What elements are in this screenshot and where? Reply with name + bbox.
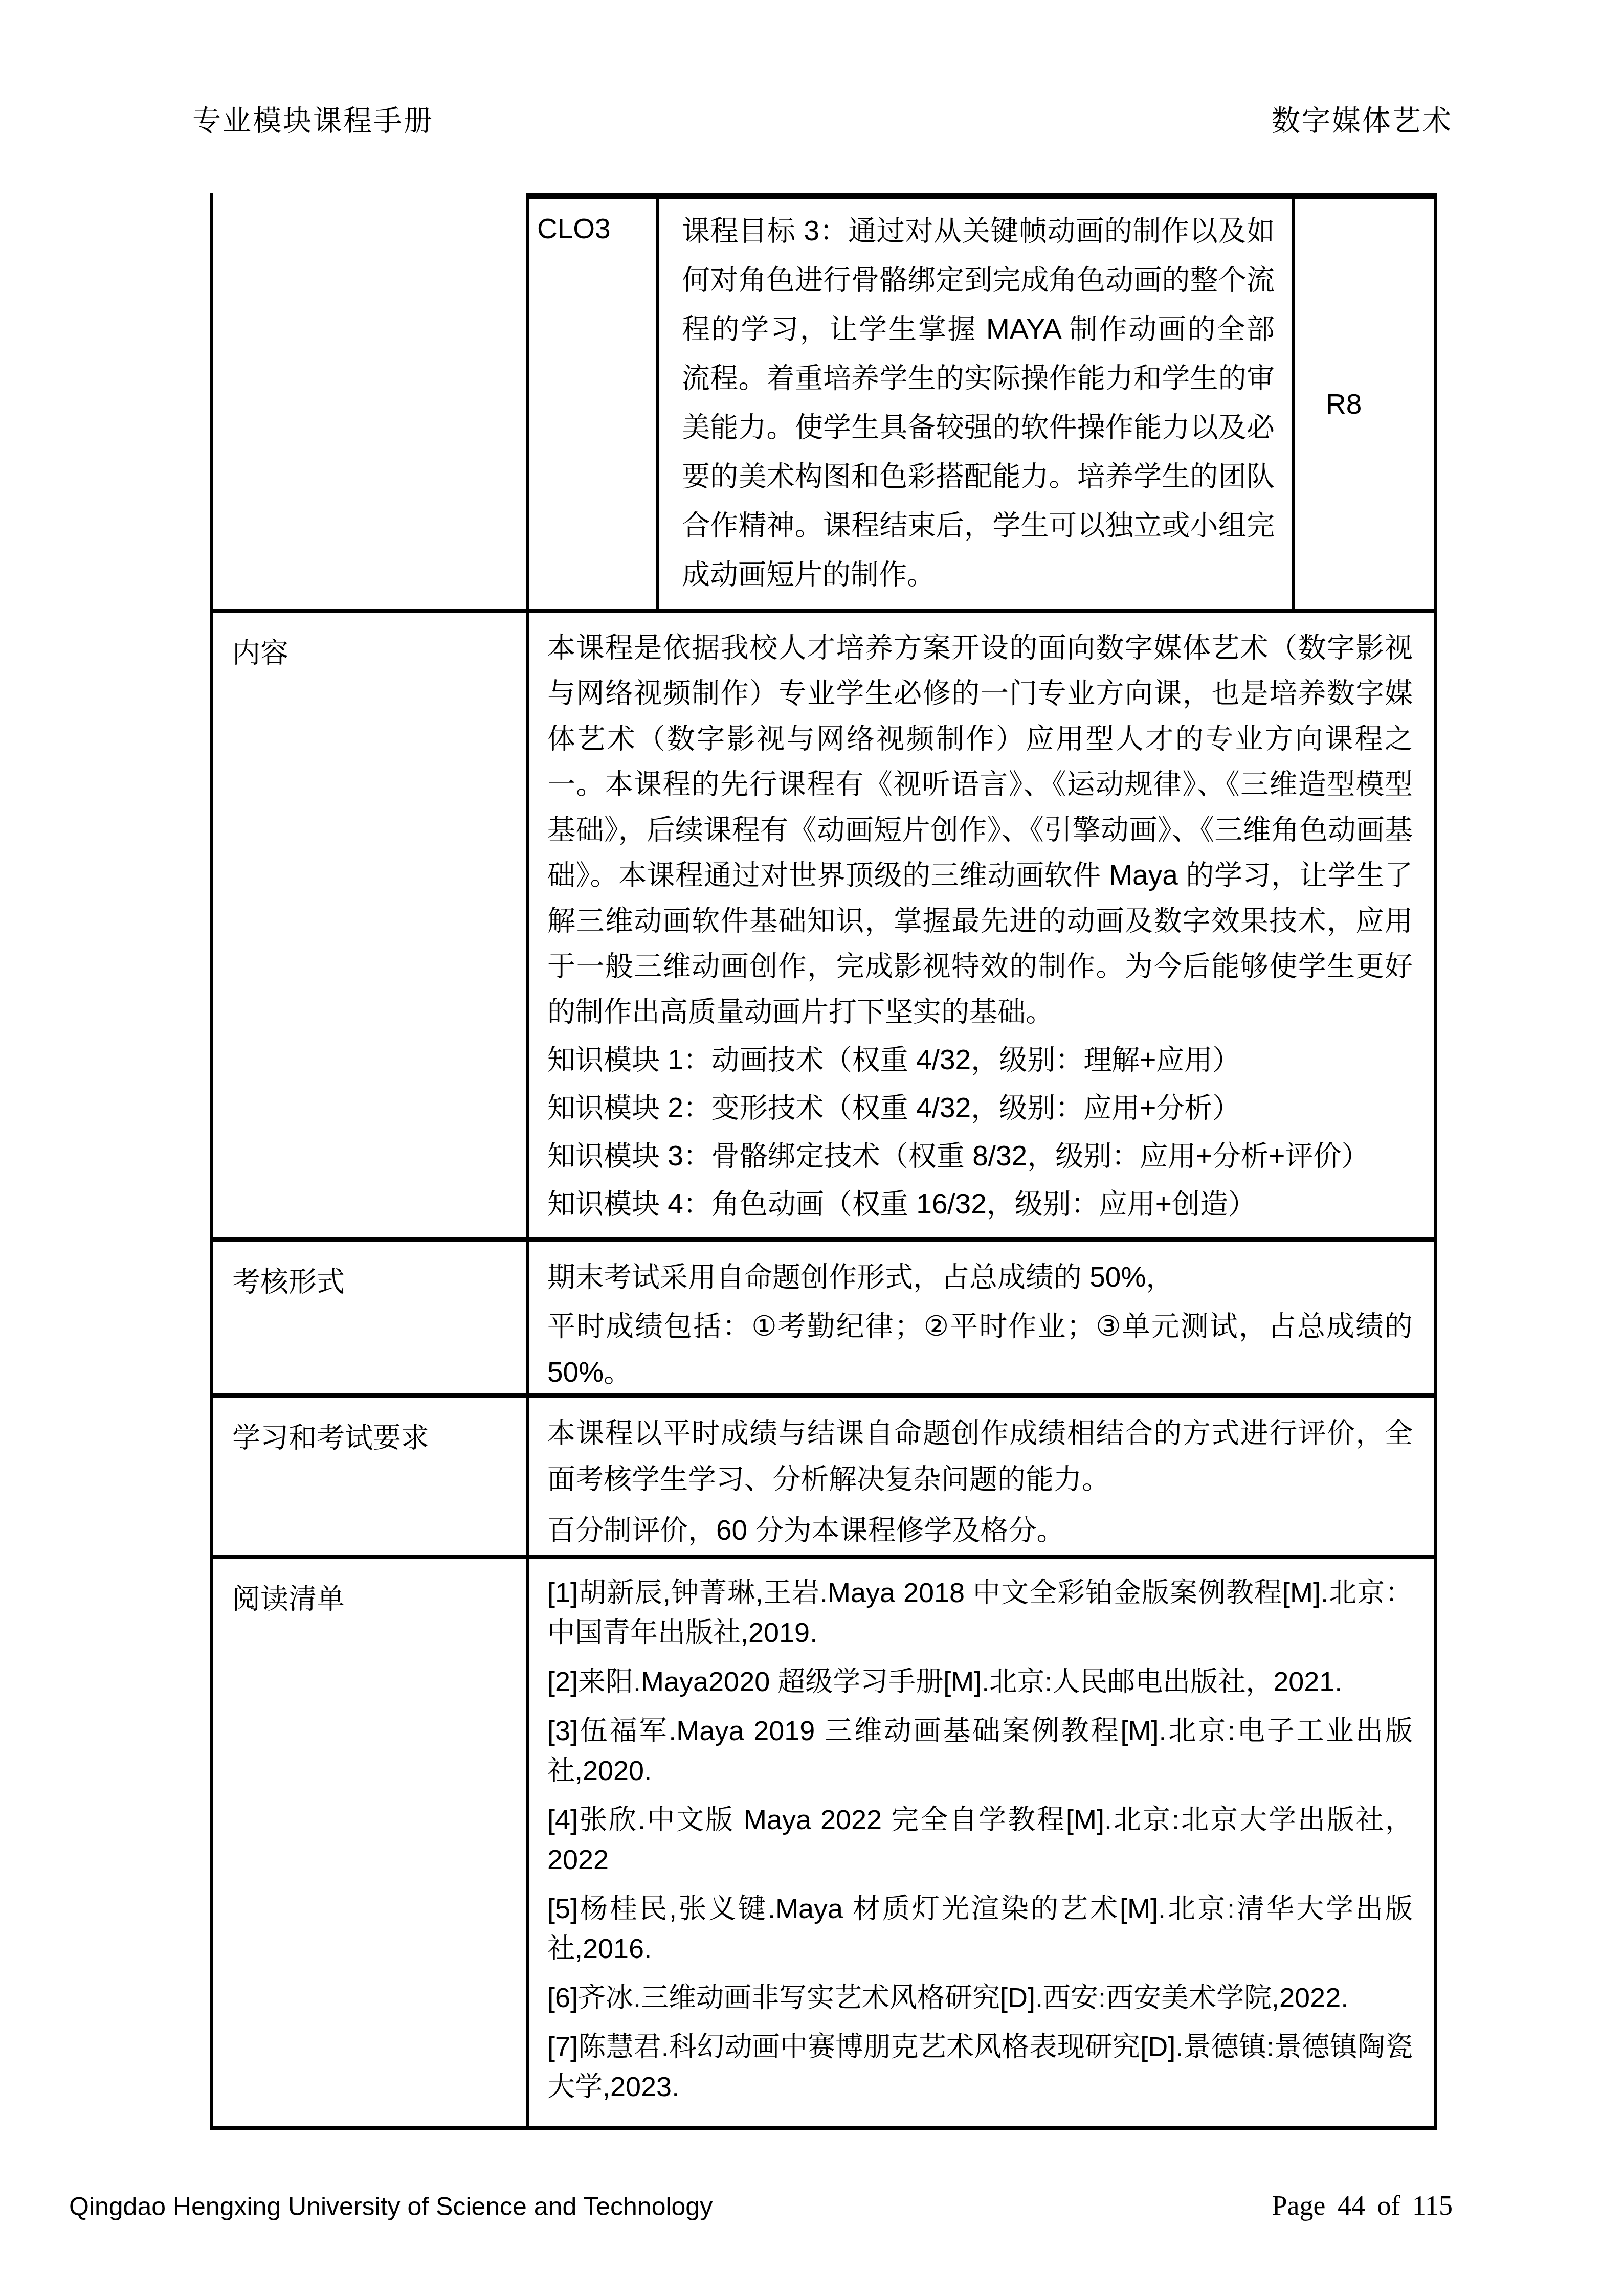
assessment-row-label: 考核形式 <box>213 1242 529 1393</box>
reading-list-label: 阅读清单 <box>213 1559 529 2126</box>
knowledge-module-1: 知识模块 1：动画技术（权重 4/32，级别：理解+应用） <box>547 1037 1413 1083</box>
clo3-indicator: R8 <box>1326 388 1362 420</box>
reference-item-1: [1]胡新辰,钟菁琳,王岩.Maya 2018 中文全彩铂金版案例教程[M].北… <box>547 1573 1413 1653</box>
reference-item-3: [3]伍福军.Maya 2019 三维动画基础案例教程[M].北京:电子工业出版… <box>547 1711 1413 1791</box>
course-table: CLO3 课程目标 3：通过对从关键帧动画的制作以及如何对角色进行骨骼绑定到完成… <box>210 193 1437 2130</box>
reference-item-4: [4]张欣.中文版 Maya 2022 完全自学教程[M].北京:北京大学出版社… <box>547 1800 1413 1880</box>
content-row: 内容 本课程是依据我校人才培养方案开设的面向数字媒体艺术（数字影视与网络视频制作… <box>213 613 1437 1242</box>
content-intro: 本课程是依据我校人才培养方案开设的面向数字媒体艺术（数字影视与网络视频制作）专业… <box>547 625 1413 1034</box>
requirements-line-1: 本课程以平时成绩与结课自命题创作成绩相结合的方式进行评价，全面考核学生学习、分析… <box>547 1410 1413 1502</box>
reading-list-row: 阅读清单 [1]胡新辰,钟菁琳,王岩.Maya 2018 中文全彩铂金版案例教程… <box>213 1559 1437 2130</box>
content-row-label: 内容 <box>213 613 529 1237</box>
assessment-row: 考核形式 期末考试采用自命题创作形式，占总成绩的 50%， 平时成绩包括：①考勤… <box>213 1242 1437 1398</box>
assessment-line-1: 期末考试采用自命题创作形式，占总成绩的 50%， <box>547 1254 1413 1300</box>
page-header-left: 专业模块课程手册 <box>192 98 434 139</box>
assessment-line-2: 平时成绩包括：①考勤纪律；②平时作业；③单元测试，占总成绩的 50%。 <box>547 1303 1413 1393</box>
knowledge-module-2: 知识模块 2：变形技术（权重 4/32，级别：应用+分析） <box>547 1085 1413 1131</box>
clo3-code: CLO3 <box>537 213 611 244</box>
reference-item-5: [5]杨桂民,张义键.Maya 材质灯光渲染的艺术[M].北京:清华大学出版社,… <box>547 1889 1413 1969</box>
assessment-row-body: 期末考试采用自命题创作形式，占总成绩的 50%， 平时成绩包括：①考勤纪律；②平… <box>529 1242 1437 1393</box>
knowledge-module-3: 知识模块 3：骨骼绑定技术（权重 8/32，级别：应用+分析+评价） <box>547 1133 1413 1179</box>
content-row-body: 本课程是依据我校人才培养方案开设的面向数字媒体艺术（数字影视与网络视频制作）专业… <box>529 613 1437 1237</box>
knowledge-module-4: 知识模块 4：角色动画（权重 16/32，级别：应用+创造） <box>547 1181 1413 1227</box>
reference-item-7: [7]陈慧君.科幻动画中赛博朋克艺术风格表现研究[D].景德镇:景德镇陶瓷大学,… <box>547 2027 1413 2107</box>
footer-page-number: Page 44 of 115 <box>1272 2190 1453 2221</box>
footer-university: Qingdao Hengxing University of Science a… <box>69 2192 713 2221</box>
clo3-code-cell: CLO3 <box>529 193 659 609</box>
requirements-row-label: 学习和考试要求 <box>213 1398 529 1555</box>
clo3-objective-cell: 课程目标 3：通过对从关键帧动画的制作以及如何对角色进行骨骼绑定到完成角色动画的… <box>659 193 1295 609</box>
clo3-objective-text: 课程目标 3：通过对从关键帧动画的制作以及如何对角色进行骨骼绑定到完成角色动画的… <box>659 199 1292 599</box>
requirements-line-2: 百分制评价，60 分为本课程修学及格分。 <box>547 1507 1413 1553</box>
clo3-row: CLO3 课程目标 3：通过对从关键帧动画的制作以及如何对角色进行骨骼绑定到完成… <box>213 193 1437 613</box>
reference-item-2: [2]来阳.Maya2020 超级学习手册[M].北京:人民邮电出版社，2021… <box>547 1662 1413 1702</box>
requirements-row: 学习和考试要求 本课程以平时成绩与结课自命题创作成绩相结合的方式进行评价，全面考… <box>213 1398 1437 1559</box>
requirements-row-body: 本课程以平时成绩与结课自命题创作成绩相结合的方式进行评价，全面考核学生学习、分析… <box>529 1398 1437 1555</box>
clo3-indicator-cell: R8 <box>1295 193 1437 609</box>
document-page: 专业模块课程手册 数字媒体艺术 CLO3 课程目标 3：通过对从关键帧动画的制作… <box>0 0 1624 2296</box>
reading-list-body: [1]胡新辰,钟菁琳,王岩.Maya 2018 中文全彩铂金版案例教程[M].北… <box>529 1559 1437 2126</box>
reference-item-6: [6]齐冰.三维动画非写实艺术风格研究[D].西安:西安美术学院,2022. <box>547 1978 1413 2018</box>
clo-left-empty-cell <box>213 193 529 609</box>
page-header-right: 数字媒体艺术 <box>1272 98 1453 139</box>
